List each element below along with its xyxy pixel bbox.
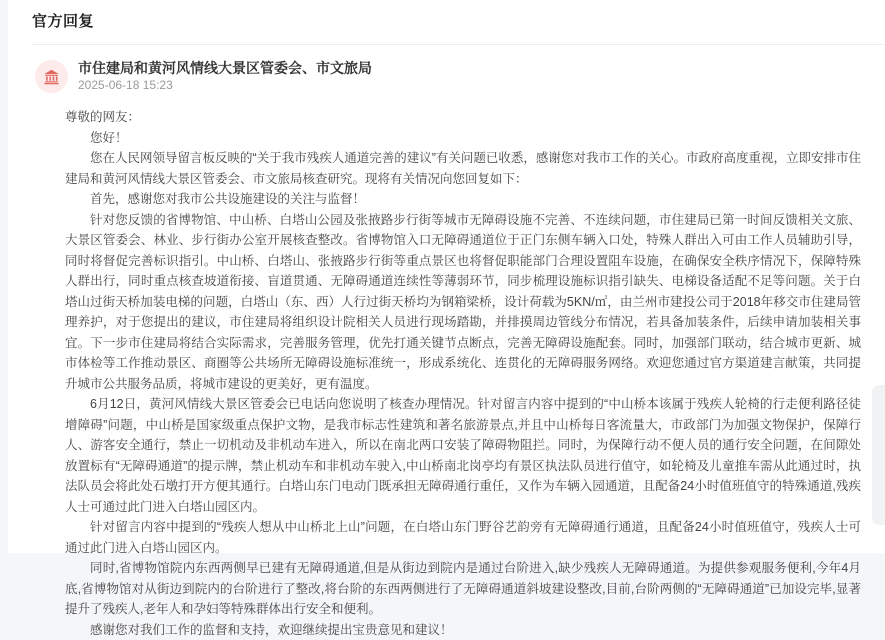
reply-paragraph: 尊敬的网友： [65, 107, 861, 128]
header-divider [32, 44, 885, 45]
reply-page: 官方回复 市住建局和黄河风情线大景区管委会、市文旅局 2025-06-18 15… [8, 0, 885, 553]
reply-header: 市住建局和黄河风情线大景区管委会、市文旅局 2025-06-18 15:23 [35, 59, 885, 95]
reply-paragraph: 6月12日，黄河风情线大景区管委会已电话向您说明了核查办理情况。针对留言内容中提… [65, 394, 861, 517]
reply-paragraph: 首先，感谢您对我市公共设施建设的关注与监督！ [65, 189, 861, 210]
reply-timestamp: 2025-06-18 15:23 [78, 78, 885, 93]
reply-paragraph: 针对您反馈的省博物馆、中山桥、白塔山公园及张掖路步行街等城市无障碍设施不完善、不… [65, 210, 861, 395]
reply-body: 尊敬的网友： 您好！ 您在人民网领导留言板反映的“关于我市残疾人通道完善的建议”… [8, 107, 885, 553]
page-title: 官方回复 [8, 0, 885, 31]
reply-paragraph: 您在人民网领导留言板反映的“关于我市残疾人通道完善的建议”有关问题已收悉，感谢您… [65, 148, 861, 189]
reply-paragraph: 您好！ [65, 128, 861, 149]
government-building-icon [43, 68, 60, 85]
reply-department-name: 市住建局和黄河风情线大景区管委会、市文旅局 [78, 59, 885, 76]
reply-paragraph: 针对留言内容中提到的“残疾人想从中山桥北上山”问题，在白塔山东门野谷艺韵旁有无障… [65, 517, 861, 553]
avatar [35, 60, 68, 93]
side-float-widget[interactable] [872, 385, 885, 525]
